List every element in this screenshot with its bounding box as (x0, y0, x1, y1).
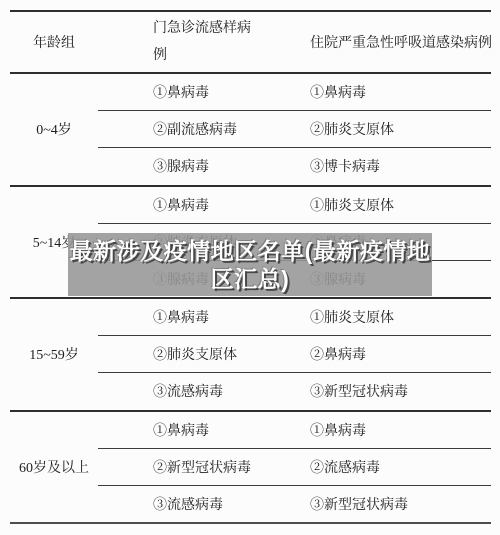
inpatient-cell: ③新型冠状病毒 (255, 381, 491, 401)
table-header-row: 年龄组 门急诊流感样病例 住院严重急性呼吸道感染病例 (10, 12, 491, 74)
inpatient-cell: ②肺炎支原体 (255, 119, 491, 139)
table-row: ①鼻病毒 ①肺炎支原体 (98, 187, 491, 223)
section-age-60-plus: 60岁及以上 ①鼻病毒 ①鼻病毒 ②新型冠状病毒 ②流感病毒 ③流感病毒 ③新型… (10, 412, 491, 523)
inpatient-cell: ①鼻病毒 (255, 420, 491, 440)
watermark-banner-line1: 最新涉及疫情地区名单(最新疫情地 (70, 237, 431, 265)
header-outpatient-ili-label: 门急诊流感样病例 (153, 15, 255, 69)
table-row: ②新型冠状病毒 ②流感病毒 (98, 448, 491, 485)
section-rows: ①鼻病毒 ①鼻病毒 ②新型冠状病毒 ②流感病毒 ③流感病毒 ③新型冠状病毒 (98, 412, 491, 523)
header-inpatient-sari-label: 住院严重急性呼吸道感染病例 (310, 32, 492, 52)
inpatient-cell: ②流感病毒 (255, 457, 491, 477)
table-row: ②副流感病毒 ②肺炎支原体 (98, 110, 491, 147)
outpatient-cell: ③流感病毒 (98, 381, 255, 401)
age-group-label: 15~59岁 (10, 299, 98, 410)
header-outpatient-ili: 门急诊流感样病例 (98, 12, 255, 72)
header-age-group: 年龄组 (10, 12, 98, 72)
inpatient-cell: ③博卡病毒 (255, 156, 491, 176)
header-inpatient-sari: 住院严重急性呼吸道感染病例 (255, 12, 491, 72)
table-row: ①鼻病毒 ①鼻病毒 (98, 74, 491, 110)
table-row: ①鼻病毒 ①鼻病毒 (98, 412, 491, 448)
outpatient-cell: ③腺病毒 (98, 156, 255, 176)
watermark-banner: 最新涉及疫情地区名单(最新疫情地 区汇总) (68, 233, 432, 296)
outpatient-cell: ①鼻病毒 (98, 82, 255, 102)
outpatient-cell: ①鼻病毒 (98, 420, 255, 440)
outpatient-cell: ②肺炎支原体 (98, 344, 255, 364)
section-age-15-59: 15~59岁 ①鼻病毒 ①肺炎支原体 ②肺炎支原体 ②鼻病毒 ③流感病毒 ③新型… (10, 299, 491, 412)
section-age-0-4: 0~4岁 ①鼻病毒 ①鼻病毒 ②副流感病毒 ②肺炎支原体 ③腺病毒 ③博卡病毒 (10, 74, 491, 187)
inpatient-cell: ②鼻病毒 (255, 344, 491, 364)
outpatient-cell: ①鼻病毒 (98, 195, 255, 215)
outpatient-cell: ③流感病毒 (98, 494, 255, 514)
inpatient-cell: ①肺炎支原体 (255, 195, 491, 215)
table-row: ③流感病毒 ③新型冠状病毒 (98, 372, 491, 409)
age-group-label: 60岁及以上 (10, 412, 98, 523)
section-rows: ①鼻病毒 ①肺炎支原体 ②肺炎支原体 ②鼻病毒 ③流感病毒 ③新型冠状病毒 (98, 299, 491, 410)
outpatient-cell: ②新型冠状病毒 (98, 457, 255, 477)
inpatient-cell: ①肺炎支原体 (255, 307, 491, 327)
page: 年龄组 门急诊流感样病例 住院严重急性呼吸道感染病例 0~4岁 ①鼻病毒 ①鼻病… (0, 0, 500, 535)
table-row: ③腺病毒 ③博卡病毒 (98, 147, 491, 184)
age-group-label: 0~4岁 (10, 74, 98, 185)
inpatient-cell: ①鼻病毒 (255, 82, 491, 102)
table-row: ②肺炎支原体 ②鼻病毒 (98, 335, 491, 372)
table-row: ③流感病毒 ③新型冠状病毒 (98, 485, 491, 522)
inpatient-cell: ③新型冠状病毒 (255, 494, 491, 514)
outpatient-cell: ①鼻病毒 (98, 307, 255, 327)
table-row: ①鼻病毒 ①肺炎支原体 (98, 299, 491, 335)
watermark-banner-line2: 区汇总) (211, 265, 290, 293)
section-rows: ①鼻病毒 ①鼻病毒 ②副流感病毒 ②肺炎支原体 ③腺病毒 ③博卡病毒 (98, 74, 491, 185)
outpatient-cell: ②副流感病毒 (98, 119, 255, 139)
